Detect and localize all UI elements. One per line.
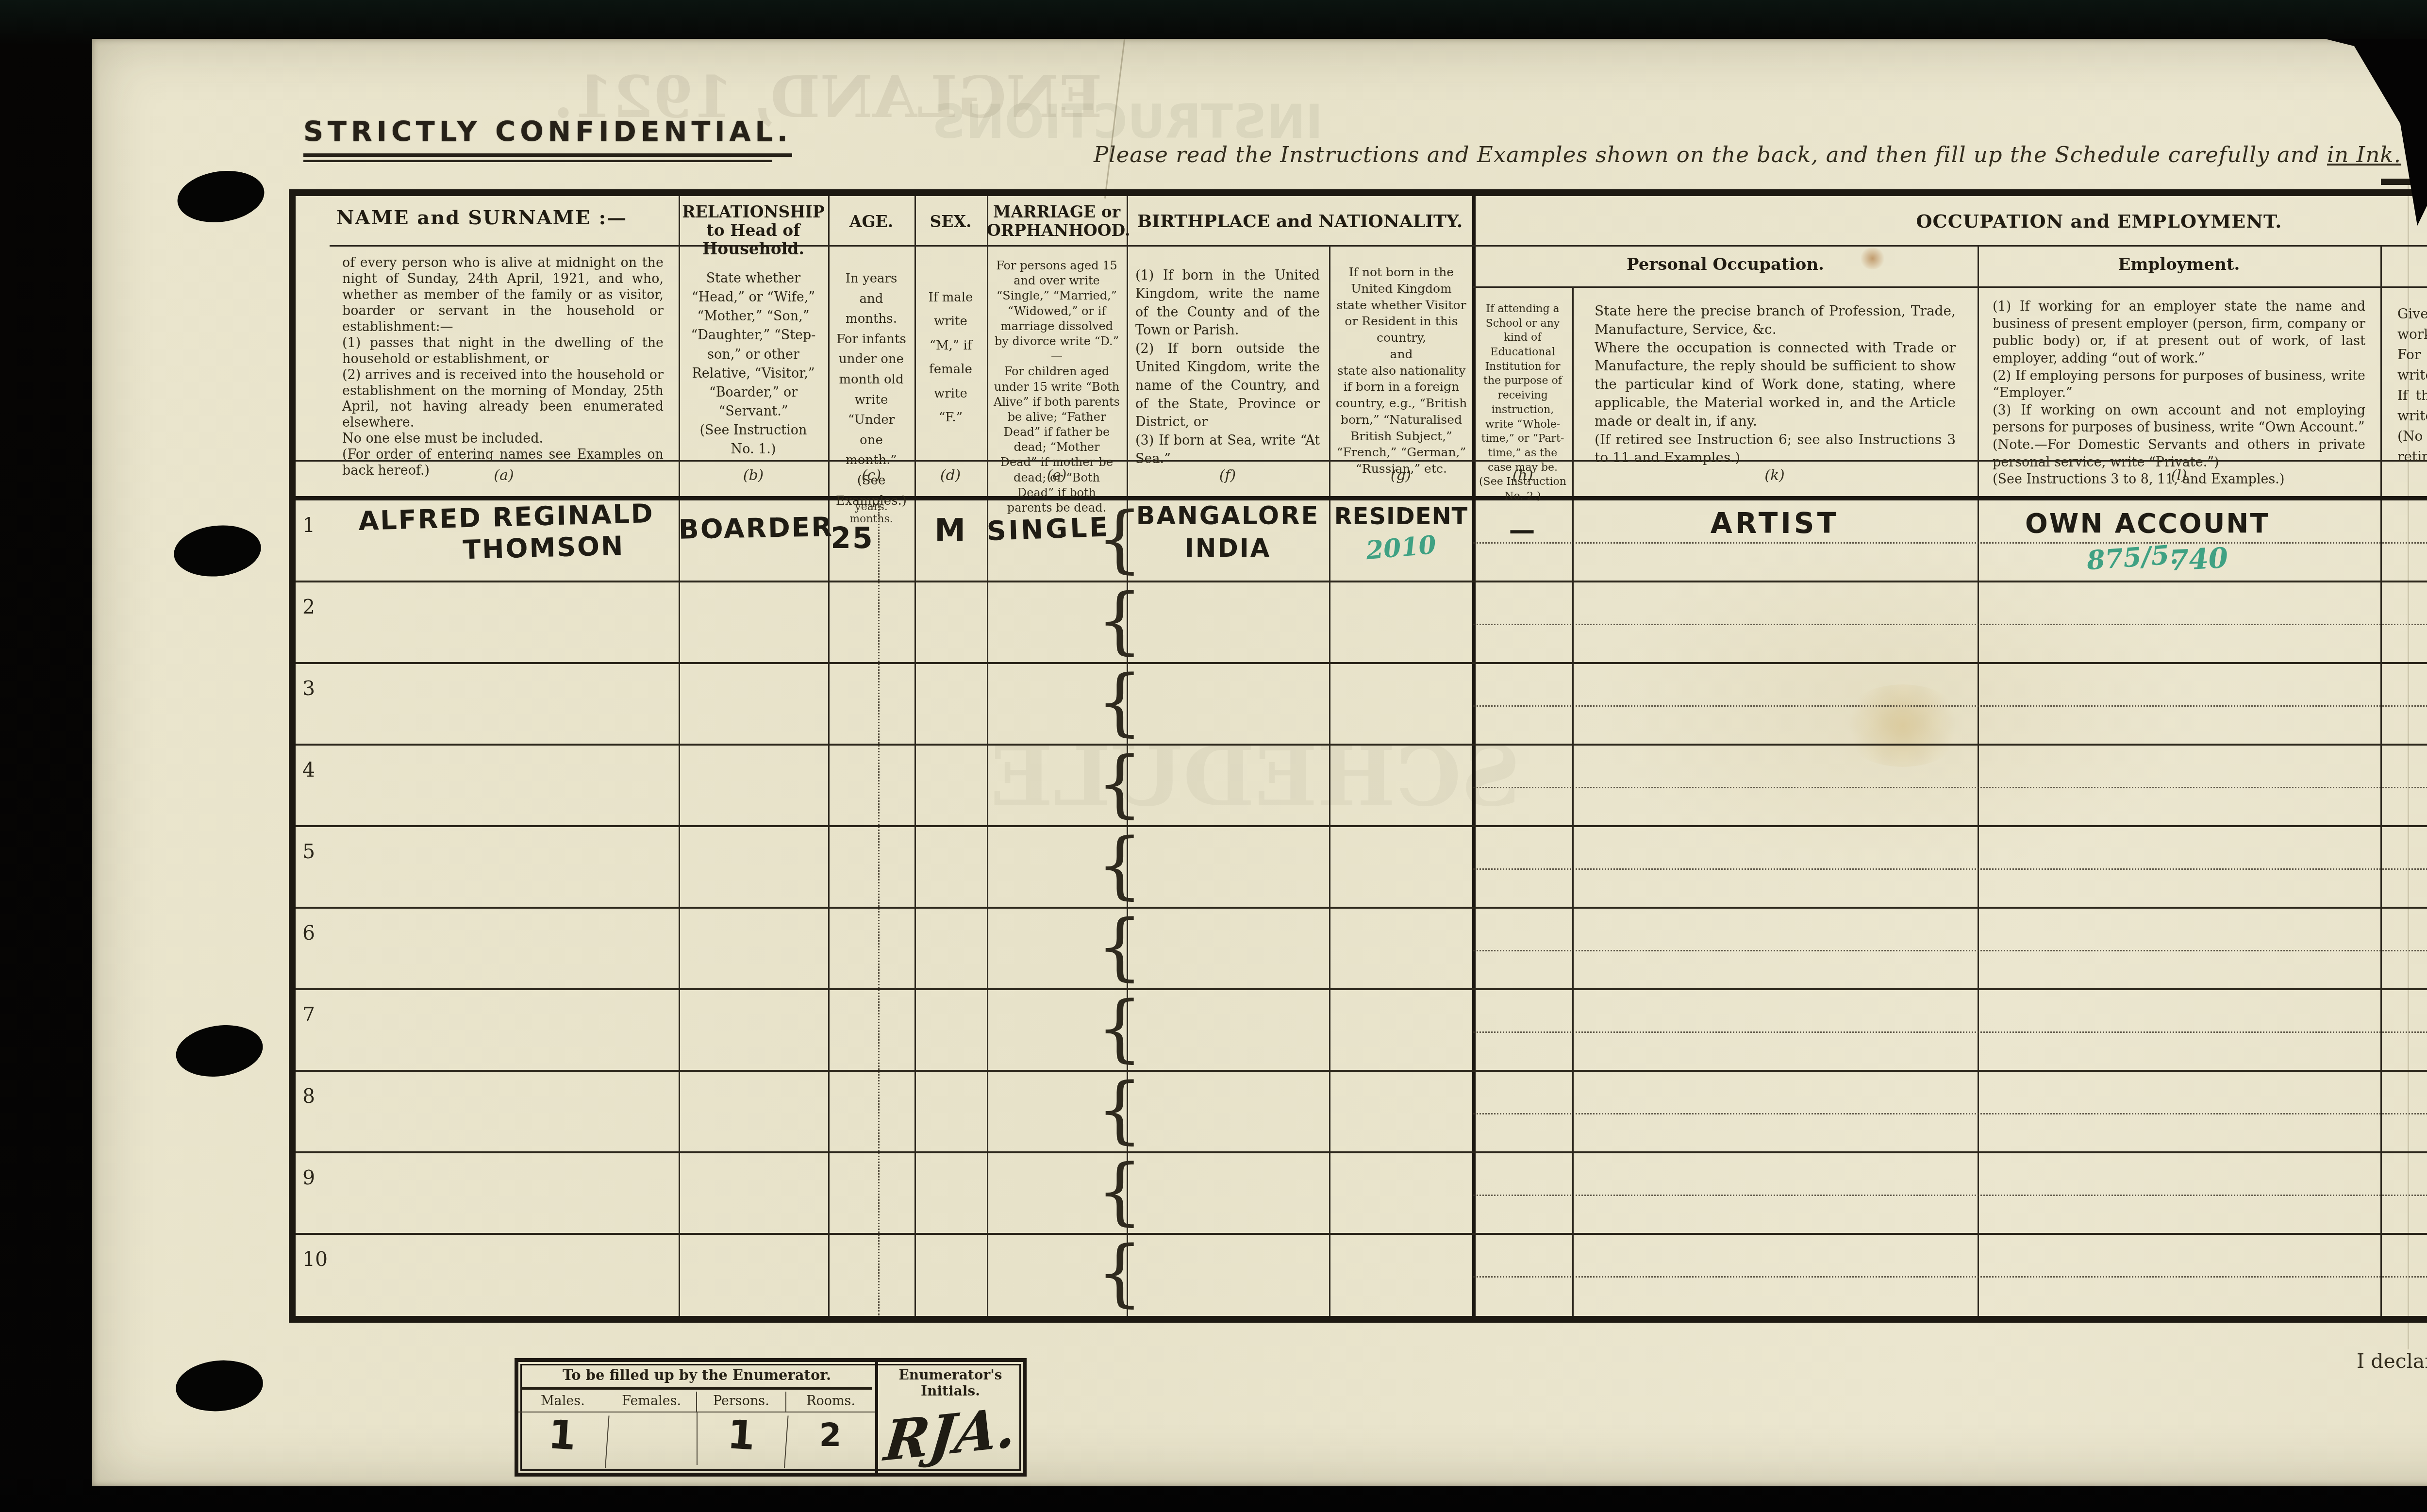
marriage-brace-icon: {: [1097, 986, 1143, 1071]
row-dotted-guide: [1473, 1276, 2427, 1278]
initials-label: Enumerator's Initials.: [878, 1362, 1023, 1399]
row-dotted-guide: [1473, 1113, 2427, 1114]
entry-nationality-cell: RESIDENT2010: [1329, 503, 1473, 563]
summary-headers: Males. Females. Persons. Rooms.: [518, 1392, 875, 1412]
subtitle-personal-occupation: Personal Occupation.: [1473, 255, 1978, 274]
marriage-brace-icon: {: [1097, 1231, 1143, 1315]
row-dotted-guide: [1473, 1195, 2427, 1196]
table-row-1: 1{Under OneAge last birthday.12345678910…: [296, 500, 2427, 582]
marriage-brace-icon: {: [1097, 1068, 1143, 1152]
summary-value-persons: 1: [696, 1410, 788, 1468]
row-number: 2: [302, 595, 315, 618]
paper-crease: [1104, 39, 1125, 199]
entry-place-of-work: AT HOME: [2380, 508, 2427, 539]
col-desc-relationship: State whether “Head,” or “Wife,” “Mother…: [687, 269, 820, 459]
summary-header-rooms: Rooms.: [786, 1392, 875, 1412]
summary-value-rooms: 2: [787, 1412, 875, 1465]
col-letter-g: (g): [1391, 467, 1412, 484]
col-letter-b: (b): [743, 467, 764, 484]
row-number: 1: [302, 514, 315, 537]
row-dotted-guide: [1473, 950, 2427, 951]
summary-header-females: Females.: [607, 1392, 697, 1412]
row-number: 9: [302, 1166, 315, 1189]
row-number: 8: [302, 1084, 315, 1108]
row-number: 6: [302, 921, 315, 945]
subtitle-employment: Employment.: [1978, 255, 2380, 274]
marriage-brace-icon: {: [1097, 905, 1143, 989]
col-desc-place-of-work: Give the address of each person’s place …: [2397, 304, 2427, 467]
table-row-2: 2{Under OneAge last birthday.12345678910…: [296, 582, 2427, 663]
summary-header-persons: Persons.: [697, 1392, 787, 1412]
entry-birthplace-line1: BANGALORE: [1136, 502, 1320, 531]
col-letter-l: (l): [2171, 467, 2187, 484]
col-desc-employment: (1) If working for an employer state the…: [1993, 298, 2365, 488]
subtitle-place-of-work: Place of Work.: [2380, 255, 2427, 274]
col-desc-nationality: If not born in the United Kingdom state …: [1335, 264, 1467, 477]
entry-employment: OWN ACCOUNT: [1978, 508, 2317, 539]
table-row-4: 4{Under OneAge last birthday.12345678910…: [296, 745, 2427, 826]
census-form-paper: ENGLAND, 1921. INSTRUCTIONS SCHEDULE 2. …: [92, 39, 2427, 1486]
marriage-brace-icon: {: [1097, 660, 1143, 745]
col-letter-k: (k): [1764, 467, 1785, 484]
entry-sex: M: [914, 513, 987, 548]
entry-marriage: SINGLE: [986, 512, 1104, 547]
table-row-3: 3{Under OneAge last birthday.12345678910…: [296, 663, 2427, 745]
row-dotted-guide: [1473, 1031, 2427, 1033]
row-dotted-guide: [1473, 787, 2427, 788]
marriage-brace-icon: {: [1097, 579, 1143, 663]
instruction-emphasis: in Ink.: [2327, 142, 2401, 167]
row-dotted-guide: [1473, 705, 2427, 707]
punch-hole-2: [171, 521, 264, 581]
col-letter-d: (d): [940, 467, 961, 484]
fill-in-ink-instruction: Please read the Instructions and Example…: [1044, 142, 2427, 167]
summary-value-males: 1: [516, 1410, 609, 1468]
instruction-main: Please read the Instructions and Example…: [1094, 142, 2327, 167]
summary-header-males: Males.: [518, 1392, 607, 1412]
col-desc-birthplace: (1) If born in the United Kingdom, write…: [1135, 266, 1320, 468]
initials-value: RJA.: [875, 1395, 1026, 1474]
entry-relationship: BOARDER: [678, 511, 828, 545]
entry-occupation-code: 875/5.: [2086, 538, 2179, 576]
col-title-marriage: MARRIAGE or ORPHANHOOD.: [987, 203, 1127, 240]
entry-occupation: ARTIST: [1572, 507, 1978, 540]
punch-hole-3: [173, 1020, 266, 1082]
row-dotted-guide: [1473, 624, 2427, 625]
col-title-relationship: RELATIONSHIP to Head of Household.: [679, 203, 828, 258]
page-title: STRICTLY CONFIDENTIAL.: [303, 116, 792, 162]
entry-employment-code: 740: [2168, 541, 2228, 577]
entry-nationality-code: 2010: [1365, 530, 1438, 565]
col-letter-a: (a): [494, 467, 514, 484]
row-number: 10: [302, 1247, 328, 1271]
group-title-occupation: OCCUPATION and EMPLOYMENT.: [1473, 211, 2427, 232]
entry-school: —: [1473, 515, 1572, 545]
rows: 1{Under OneAge last birthday.12345678910…: [296, 500, 2427, 1315]
summary-value-females: [608, 1412, 697, 1465]
enumerator-summary-box: To be filled up by the Enumerator. Males…: [515, 1358, 1027, 1477]
col-letter-f: (f): [1219, 467, 1236, 484]
col-title-name: NAME and SURNAME :—: [336, 207, 676, 229]
table-row-10: 10{Under OneAge last birthday.1234567891…: [296, 1234, 2427, 1315]
col-desc-occupation: State here the precise branch of Profess…: [1595, 302, 1956, 467]
row-number: 4: [302, 758, 315, 781]
row-number: 5: [302, 840, 315, 863]
table-row-7: 7{Under OneAge last birthday.12345678910…: [296, 989, 2427, 1071]
punch-hole-1: [174, 166, 268, 228]
census-table: NAME and SURNAME :— RELATIONSHIP to Head…: [289, 189, 2427, 1323]
col-letter-h: (h): [1513, 467, 1533, 484]
col-title-sex: SEX.: [914, 213, 987, 231]
entry-birthplace-line2: INDIA: [1185, 534, 1271, 563]
table-row-6: 6{Under OneAge last birthday.12345678910…: [296, 908, 2427, 989]
col-letter-c: (c): [862, 467, 881, 484]
punch-hole-4: [174, 1357, 265, 1414]
page-title-text: STRICTLY CONFIDENTIAL.: [303, 116, 792, 149]
marriage-brace-icon: {: [1097, 1149, 1143, 1234]
row-number: 7: [302, 1003, 315, 1026]
col-desc-sex: If male write “M,” if female write “F.”: [921, 286, 981, 430]
marriage-brace-icon: {: [1097, 742, 1143, 826]
row-dotted-guide: [1473, 868, 2427, 870]
row-number: 3: [302, 677, 315, 700]
table-row-5: 5{Under OneAge last birthday.12345678910…: [296, 826, 2427, 908]
marriage-brace-icon: {: [1097, 823, 1143, 908]
entry-birthplace: BANGALOREINDIA: [1127, 502, 1329, 563]
entry-name-line2: THOMSON: [463, 531, 625, 565]
entry-name: ALFRED REGINALDTHOMSON: [338, 498, 675, 568]
col-letter-e: (e): [1047, 467, 1066, 484]
entry-nationality: RESIDENT: [1334, 503, 1468, 530]
declaration-text: I declare that this Schedule is correct: [2357, 1349, 2427, 1373]
summary-values: 1 1 2: [518, 1412, 875, 1465]
row-dotted-guide: [1473, 542, 2427, 544]
table-row-8: 8{Under OneAge last birthday.12345678910…: [296, 1071, 2427, 1152]
group-title-birthplace: BIRTHPLACE and NATIONALITY.: [1127, 212, 1473, 232]
summary-box-title: To be filled up by the Enumerator.: [518, 1362, 875, 1383]
entry-age-years: 25: [828, 521, 877, 555]
table-row-9: 9{Under OneAge last birthday.12345678910…: [296, 1152, 2427, 1234]
bleedthrough-instructions: INSTRUCTIONS: [932, 95, 1323, 149]
col-desc-name: of every person who is alive at midnight…: [342, 255, 664, 479]
col-title-age: AGE.: [828, 213, 914, 231]
